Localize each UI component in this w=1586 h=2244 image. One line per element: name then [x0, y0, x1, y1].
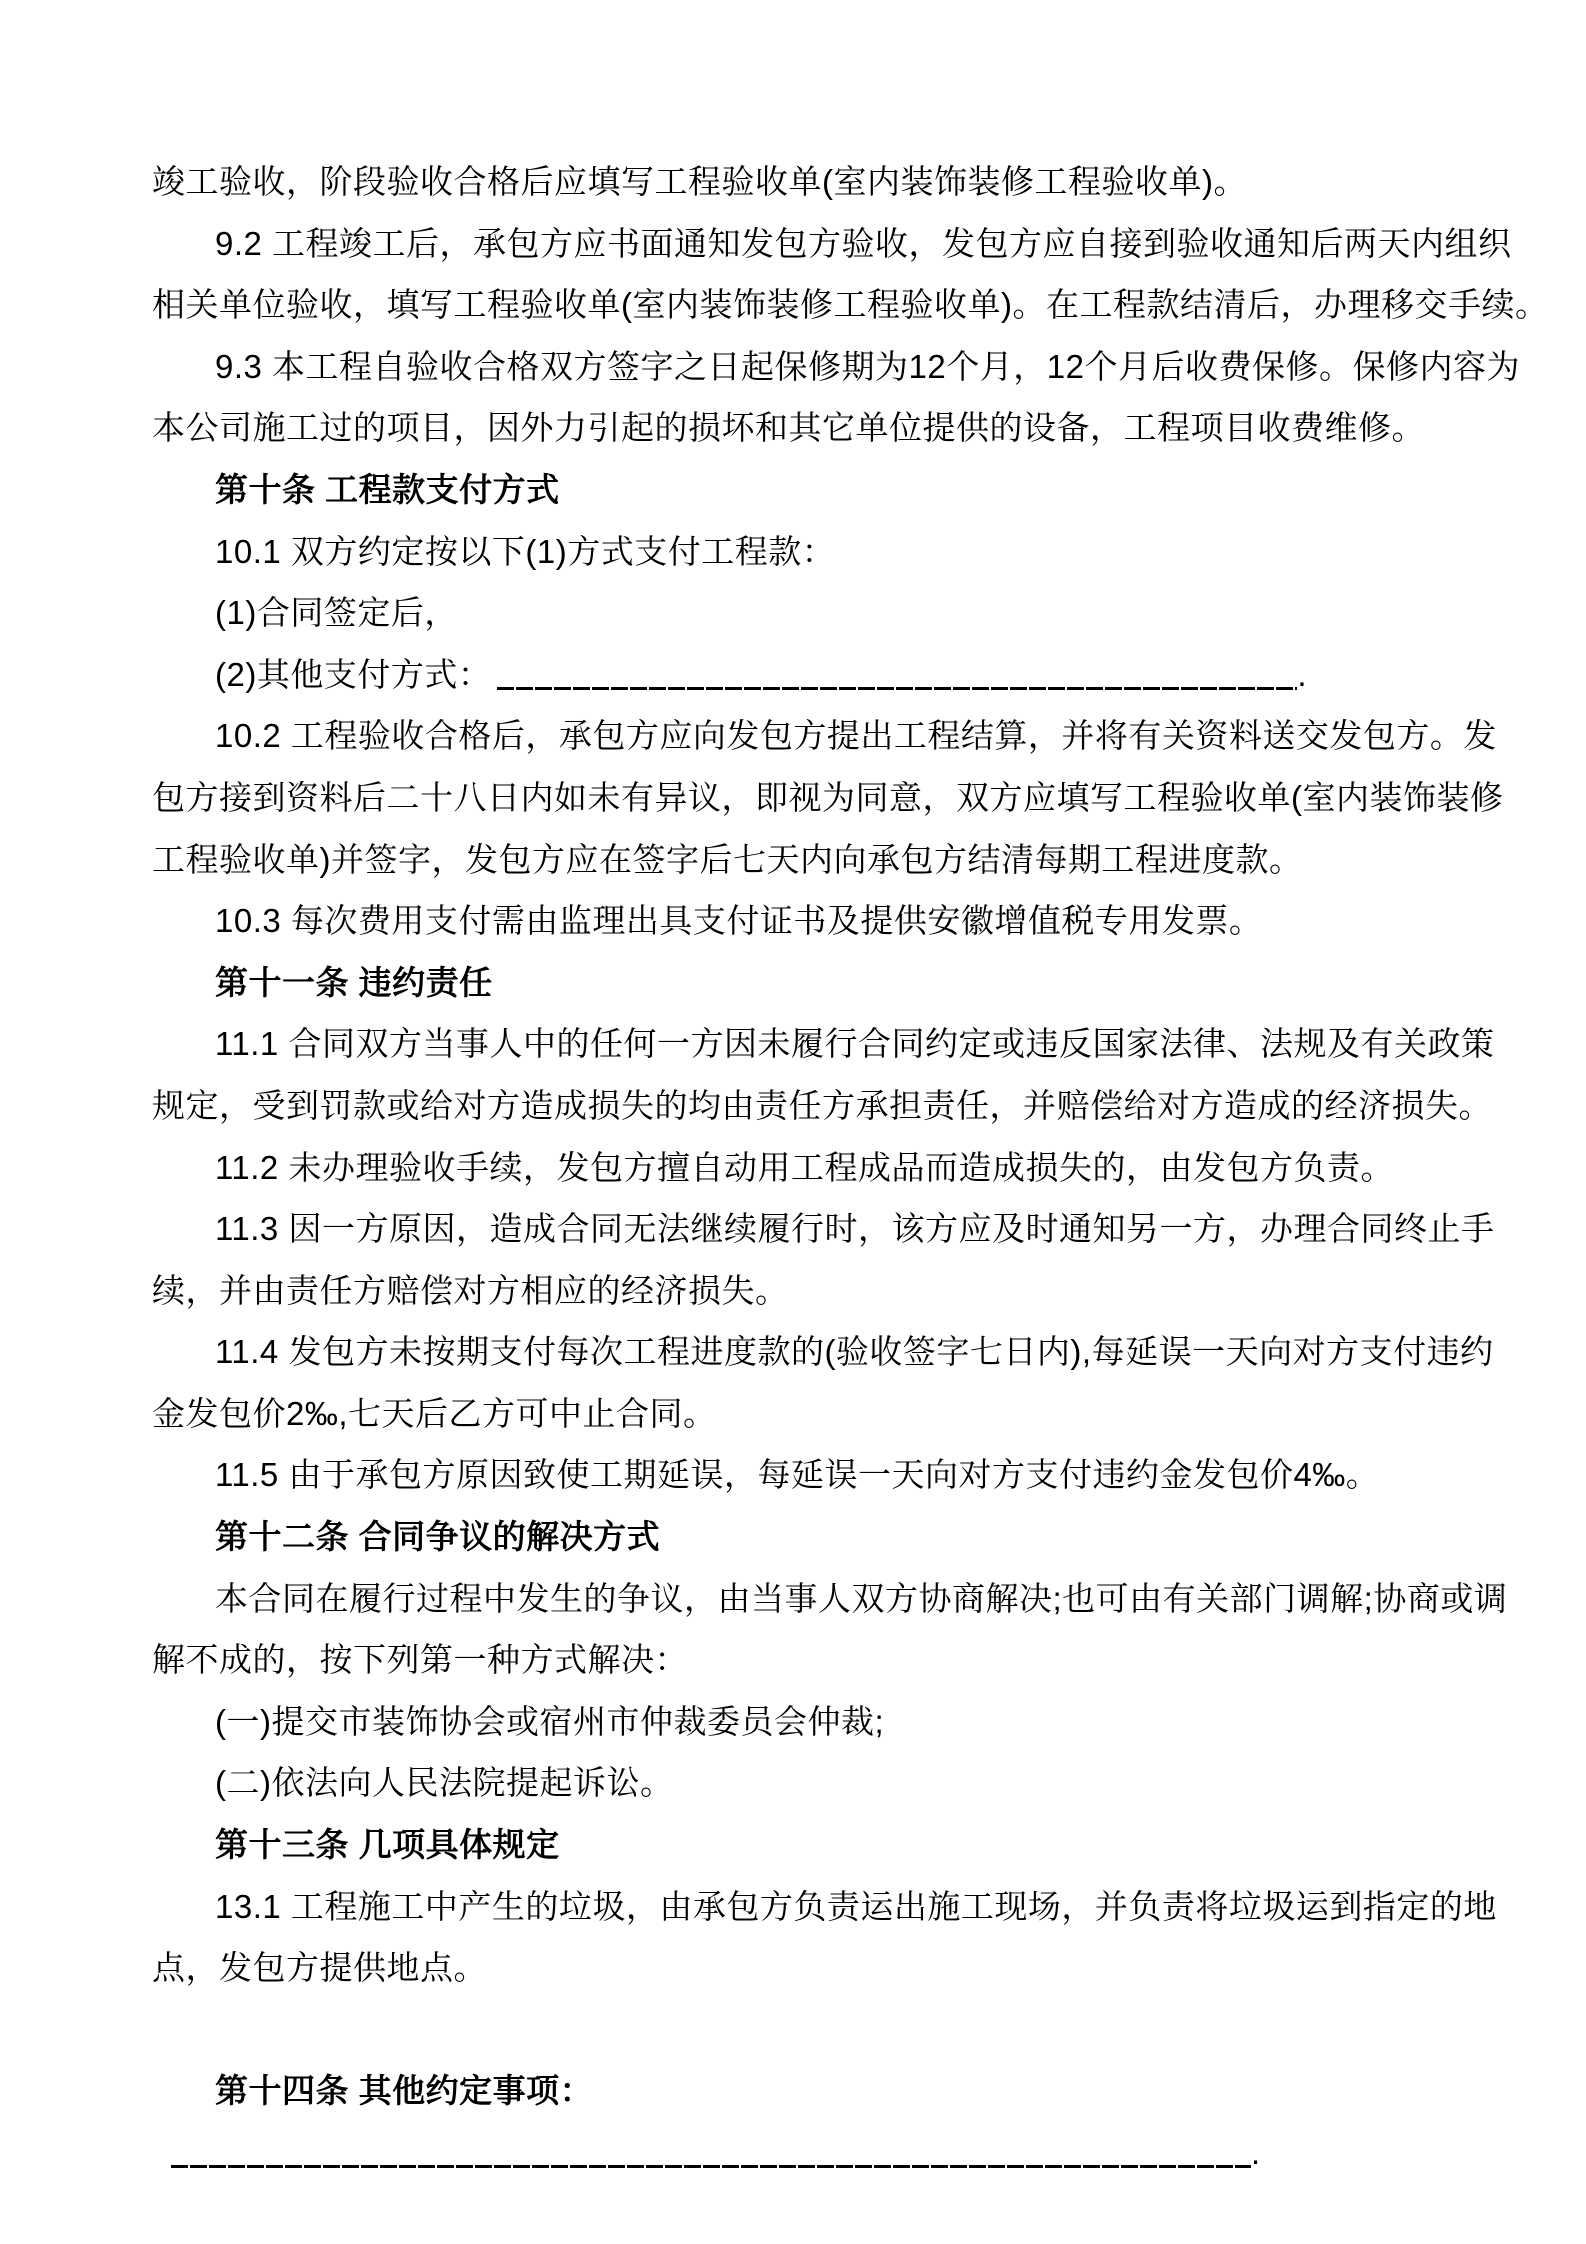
contract-line: 续，并由责任方赔偿对方相应的经济损失。	[152, 1260, 1452, 1322]
contract-line: 规定，受到罚款或给对方造成损失的均由责任方承担责任，并赔偿给对方造成的经济损失。	[152, 1075, 1452, 1137]
line-text: 13.1 工程施工中产生的垃圾，由承包方负责运出施工现场，并负责将垃圾运到指定的…	[215, 1888, 1497, 1925]
line-text: 相关单位验收，填写工程验收单(室内装饰装修工程验收单)。在工程款结清后，办理移交…	[152, 286, 1548, 323]
contract-page: 竣工验收，阶段验收合格后应填写工程验收单(室内装饰装修工程验收单)。9.2 工程…	[0, 0, 1586, 2244]
contract-line: 11.1 合同双方当事人中的任何一方因未履行合同约定或违反国家法律、法规及有关政…	[152, 1013, 1452, 1075]
contract-line: .	[152, 2122, 1452, 2184]
contract-line: 本公司施工过的项目，因外力引起的损坏和其它单位提供的设备，工程项目收费维修。	[152, 397, 1452, 459]
contract-line: 13.1 工程施工中产生的垃圾，由承包方负责运出施工现场，并负责将垃圾运到指定的…	[152, 1876, 1452, 1938]
line-text: 11.3 因一方原因，造成合同无法继续履行时，该方应及时通知另一方，办理合同终止…	[215, 1210, 1494, 1247]
clause-heading: 第十三条 几项具体规定	[152, 1814, 1452, 1876]
line-text: 11.2 未办理验收手续，发包方擅自动用工程成品而造成损失的，由发包方负责。	[215, 1149, 1394, 1186]
line-text: 金发包价2‰,七天后乙方可中止合同。	[152, 1395, 717, 1432]
contract-line: 金发包价2‰,七天后乙方可中止合同。	[152, 1383, 1452, 1445]
contract-line: (一)提交市装饰协会或宿州市仲裁委员会仲裁;	[152, 1691, 1452, 1753]
contract-line: 9.3 本工程自验收合格双方签字之日起保修期为12个月，12个月后收费保修。保修…	[152, 336, 1452, 398]
line-text: 10.3 每次费用支付需由监理出具支付证书及提供安徽增值税专用发票。	[215, 902, 1262, 939]
line-text: 竣工验收，阶段验收合格后应填写工程验收单(室内装饰装修工程验收单)。	[152, 163, 1247, 200]
line-text: 规定，受到罚款或给对方造成损失的均由责任方承担责任，并赔偿给对方造成的经济损失。	[152, 1087, 1492, 1124]
contract-line: (1)合同签定后，	[152, 582, 1452, 644]
clause-heading: 第十二条 合同争议的解决方式	[152, 1506, 1452, 1568]
line-text: 第十三条 几项具体规定	[215, 1826, 560, 1863]
contract-line: 竣工验收，阶段验收合格后应填写工程验收单(室内装饰装修工程验收单)。	[152, 151, 1452, 213]
line-text: (2)其他支付方式：	[215, 656, 491, 693]
clause-heading: 第十条 工程款支付方式	[152, 459, 1452, 521]
line-text: 点，发包方提供地点。	[152, 1949, 487, 1986]
line-text: 10.1 双方约定按以下(1)方式支付工程款：	[215, 533, 835, 570]
contract-line: 点，发包方提供地点。	[152, 1937, 1452, 1999]
line-text: 本公司施工过的项目，因外力引起的损坏和其它单位提供的设备，工程项目收费维修。	[152, 409, 1425, 446]
contract-line: 10.3 每次费用支付需由监理出具支付证书及提供安徽增值税专用发票。	[152, 890, 1452, 952]
contract-line: 相关单位验收，填写工程验收单(室内装饰装修工程验收单)。在工程款结清后，办理移交…	[152, 274, 1452, 336]
contract-line: 解不成的，按下列第一种方式解决：	[152, 1629, 1452, 1691]
clause-heading: 第十四条 其他约定事项：	[152, 2060, 1452, 2122]
line-text: (二)依法向人民法院提起诉讼。	[215, 1764, 673, 1801]
blank-terminator-period: .	[1297, 656, 1307, 693]
contract-line: (二)依法向人民法院提起诉讼。	[152, 1752, 1452, 1814]
blank-terminator-period: .	[1251, 2134, 1261, 2171]
line-text: 11.1 合同双方当事人中的任何一方因未履行合同约定或违反国家法律、法规及有关政…	[215, 1025, 1494, 1062]
clause-heading: 第十一条 违约责任	[152, 952, 1452, 1014]
contract-line: 11.2 未办理验收手续，发包方擅自动用工程成品而造成损失的，由发包方负责。	[152, 1137, 1452, 1199]
fill-in-blank-underline	[171, 2138, 1251, 2168]
contract-line: 11.5 由于承包方原因致使工期延误，每延误一天向对方支付违约金发包价4‰。	[152, 1444, 1452, 1506]
contract-line: 本合同在履行过程中发生的争议，由当事人双方协商解决;也可由有关部门调解;协商或调	[152, 1568, 1452, 1630]
line-text: 10.2 工程验收合格后，承包方应向发包方提出工程结算，并将有关资料送交发包方。…	[215, 717, 1497, 754]
line-text: 解不成的，按下列第一种方式解决：	[152, 1641, 688, 1678]
contract-line: 工程验收单)并签字，发包方应在签字后七天内向承包方结清每期工程进度款。	[152, 829, 1452, 891]
blank-spacer-line	[152, 1999, 1452, 2061]
line-text: (一)提交市装饰协会或宿州市仲裁委员会仲裁;	[215, 1703, 884, 1740]
line-text: 第十四条 其他约定事项：	[215, 2072, 593, 2109]
contract-line: 11.3 因一方原因，造成合同无法继续履行时，该方应及时通知另一方，办理合同终止…	[152, 1198, 1452, 1260]
line-text: 9.3 本工程自验收合格双方签字之日起保修期为12个月，12个月后收费保修。保修…	[215, 348, 1520, 385]
line-text: 工程验收单)并签字，发包方应在签字后七天内向承包方结清每期工程进度款。	[152, 841, 1303, 878]
contract-line: 9.2 工程竣工后，承包方应书面通知发包方验收，发包方应自接到验收通知后两天内组…	[152, 213, 1452, 275]
line-text: (1)合同签定后，	[215, 594, 458, 631]
contract-line: 10.1 双方约定按以下(1)方式支付工程款：	[152, 521, 1452, 583]
fill-in-blank-underline	[497, 660, 1297, 690]
contract-line: (2)其他支付方式：.	[152, 644, 1452, 706]
line-text: 第十条 工程款支付方式	[215, 471, 560, 508]
line-text: 包方接到资料后二十八日内如未有异议，即视为同意，双方应填写工程验收单(室内装饰装…	[152, 779, 1504, 816]
line-text: 第十一条 违约责任	[215, 964, 493, 1001]
line-text: 9.2 工程竣工后，承包方应书面通知发包方验收，发包方应自接到验收通知后两天内组…	[215, 225, 1512, 262]
contract-line: 10.2 工程验收合格后，承包方应向发包方提出工程结算，并将有关资料送交发包方。…	[152, 705, 1452, 767]
contract-text-block: 竣工验收，阶段验收合格后应填写工程验收单(室内装饰装修工程验收单)。9.2 工程…	[152, 151, 1452, 2184]
line-text: 11.5 由于承包方原因致使工期延误，每延误一天向对方支付违约金发包价4‰。	[215, 1456, 1379, 1493]
line-text: 11.4 发包方未按期支付每次工程进度款的(验收签字七日内),每延误一天向对方支…	[215, 1333, 1494, 1370]
line-text: 本合同在履行过程中发生的争议，由当事人双方协商解决;也可由有关部门调解;协商或调	[215, 1580, 1507, 1617]
contract-line: 11.4 发包方未按期支付每次工程进度款的(验收签字七日内),每延误一天向对方支…	[152, 1321, 1452, 1383]
line-text: 第十二条 合同争议的解决方式	[215, 1518, 660, 1555]
line-text: 续，并由责任方赔偿对方相应的经济损失。	[152, 1272, 789, 1309]
contract-line: 包方接到资料后二十八日内如未有异议，即视为同意，双方应填写工程验收单(室内装饰装…	[152, 767, 1452, 829]
